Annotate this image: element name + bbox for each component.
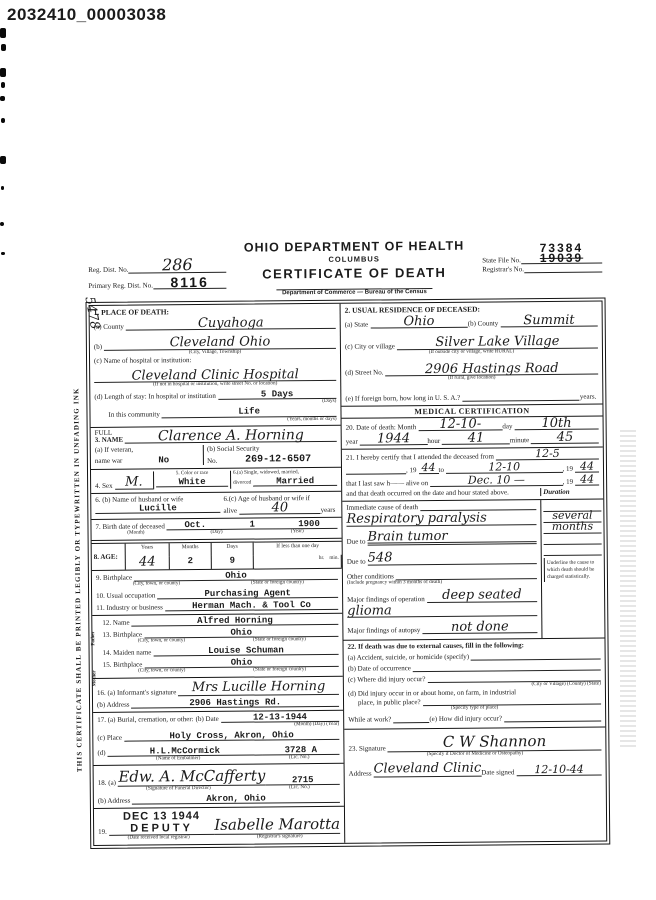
date-of-death-hour-value: 41 [468,431,485,446]
date-of-death-minute-value: 45 [557,430,574,445]
city-value: Cleveland Ohio [170,335,271,351]
external-b-blank [413,663,601,673]
deputy-stamp: DEPUTY [130,822,193,835]
while-at-work-blank [393,715,429,723]
sex-value: M. [125,475,143,490]
date-of-death-month-value: 12-10- [439,416,481,431]
burial-date-label: (b) Date [196,715,221,723]
informant-address-label: (b) Address [97,700,132,708]
section-birthplace-occupation: 9. Birthplace Ohio (City, town, or count… [92,569,342,616]
residence-city-value: Silver Lake Village [435,334,559,350]
funeral-director-license-value: 2715 [292,775,314,785]
other-conditions-sublabel: (Include pregnancy within 3 months of de… [347,579,537,586]
duration-column: several months Underline the cause to wh… [540,500,604,639]
last-seen-year: 44 [580,473,594,486]
duration-blank-line [544,534,602,546]
attended-from-year: 44 [421,461,435,474]
father-name-value: Alfred Horning [197,615,273,626]
mother-birthplace-sub-2: (State or foreign country) [221,667,339,674]
residence-city-label: (c) City or village [345,342,397,350]
reg-dist-value: 286 [162,255,193,274]
funeral-director-signature: Edw. A. McCafferty [118,767,265,786]
burial-place-value: Holy Cross, Akron, Ohio [169,730,293,741]
birth-year-sublabel: (Year) [257,529,338,535]
community-value: Life [238,407,260,417]
embalmer-label: (d) [97,749,107,757]
certify-statement-2: that I last saw h—— alive on [346,479,430,488]
age-months-header: Months [170,543,212,556]
section-registrar: 19. DEC 13 1944 DEPUTY Isabelle Marotta … [94,807,344,845]
duration-value-line-2: months [552,520,593,533]
age-years-value: 44 [139,554,156,569]
mother-birthplace-value: Ohio [231,657,253,667]
ssn-value: 269-12-6507 [245,454,311,466]
section-parents: Father Mother 12. Name Alfred Horning 13… [92,614,343,679]
embalmer-license-value: 3728 A [285,745,317,755]
date-signed-value: 12-10-44 [534,762,584,775]
section-name: FULL 3. NAME Clarence A. Horning (a) If … [91,426,341,470]
hospital-value: Cleveland Clinic Hospital [131,367,298,383]
birth-year-value: 1900 [298,519,320,529]
external-c-blank [427,674,600,684]
parents-side-labels: Father Mother [93,618,102,675]
physician-address-label: Address [349,769,374,777]
department-title: OHIO DEPARTMENT OF HEALTH [226,239,482,255]
industry-value: Herman Mach. & Tool Co [192,600,311,611]
section-residence: 2. USUAL RESIDENCE OF DECEASED: (a) Stat… [341,302,603,407]
marital-value: Married [276,476,314,486]
primary-reg-dist-label: Primary Reg. Dist. No. [88,282,153,291]
reg-dist-label: Reg. Dist. No. [88,265,128,273]
bureau-line: Department of Commerce — Bureau of the C… [276,288,433,296]
age-hr-label: hr. [319,555,324,561]
state-file-struck-value: 19039 [521,253,602,264]
burial-label: 17. (a) Burial, cremation, or other: [97,715,195,724]
section-birth-date: 7. Birth date of deceased Oct. 1 1900 (M… [91,518,341,541]
registrar-no-label: Registrar's No. [482,265,524,273]
section-age: 8. AGE: Years Months Days If less than o… [92,541,342,571]
spouse-age-value: 40 [271,500,288,515]
ssn-no-label: No. [207,457,219,465]
certificate-body: 1. PLACE OF DEATH: (a) County Cuyahoga (… [89,301,608,846]
section-external-causes: 22. If death was due to external causes,… [343,639,605,730]
state-file-label: State File No. [482,256,521,264]
operation-findings-value-1: deep seated [442,588,522,604]
funeral-director-license-sublabel: (Lic. No.) [259,785,340,791]
county-label: (a) County [94,323,126,331]
scan-artifact [0,156,6,164]
underline-cause-note: Underline the cause to which death shoul… [544,558,602,582]
external-e-blank [504,713,601,722]
lit-19-c: , 19 [563,478,576,486]
external-d-label-2: place, in public place? [348,698,423,707]
funeral-director-address-value: Akron, Ohio [206,794,266,805]
residence-state-value: Ohio [403,314,434,329]
birthplace-sublabel-2: (State or foreign country) [217,580,338,587]
due-to-2-value: 548 [368,551,393,566]
color-race-value: White [179,477,206,487]
date-of-death-day-value: 10th [541,415,571,430]
date-of-death-minute-label: minute [510,437,532,445]
informant-address-value: 2906 Hastings Rd. [189,697,281,708]
external-c-label: (c) Where did injury occur? [348,676,428,685]
informant-signature-value: Mrs Lucille Horning [192,679,326,695]
informant-signature-label: 16. (a) Informant's signature [97,688,178,697]
last-seen-value: Dec. 10 — [468,474,525,487]
occupation-value: Purchasing Agent [204,588,291,599]
foreign-born-label: (e) If foreign born, how long in U. S. A… [345,393,462,402]
residence-street-label: (d) Street No. [345,368,385,376]
foreign-born-blank [462,392,580,401]
header-right: State File No. 73384 19039 Registrar's N… [482,238,602,278]
section-certification-statement: 21. I hereby certify that I attended the… [342,448,603,502]
right-column: 2. USUAL RESIDENCE OF DECEASED: (a) Stat… [341,302,607,843]
certificate-header: Reg. Dist. No. 286 Primary Reg. Dist. No… [88,238,602,301]
scan-artifact [1,186,4,190]
immediate-cause-value: Respiratory paralysis [346,511,487,527]
ssn-label: (b) Social Security [207,444,337,453]
scan-id-label: 2032410_00003038 [7,5,166,25]
age-days-value: 9 [230,556,235,566]
spouse-value: Lucille [139,503,177,513]
spouse-age-alive-label: alive [224,507,240,515]
embalmer-name-value: H.L.McCormick [150,746,220,757]
scan-artifact [0,68,6,77]
stay-label: (d) Length of stay: In hospital or insti… [94,392,218,401]
attended-to-value: 12-10 [488,461,520,474]
scan-noise [620,430,636,750]
mother-maiden-label: 14. Maiden name [103,648,154,656]
due-to-1-value: Brain tumor [367,529,447,545]
veteran-label: (a) If veteran, [95,445,203,454]
birth-month-value: Oct. [184,520,206,530]
registrar-signature-sublabel: (Registrar's signature) [219,834,340,841]
other-conditions-blank [396,571,537,580]
scan-artifact [1,44,6,51]
attended-to-year: 44 [580,460,594,473]
while-at-work-label: While at work? [348,715,393,723]
scan-artifact [1,252,5,255]
date-of-death-year-label: year [346,438,360,446]
physician-signature-label: 23. Signature [348,744,387,752]
sex-label: 4. Sex [95,481,115,489]
operation-findings-value-2: glioma [347,603,392,618]
residence-county-value: Summit [523,313,574,328]
scan-artifact [0,28,6,38]
section-sex-color-marital: 4. Sex M. 5. Color or race White 6.(a) S… [91,468,341,494]
age-days-header: Days [212,542,254,555]
external-e-label: (e) How did injury occur? [429,714,504,723]
header-titles: OHIO DEPARTMENT OF HEALTH COLUMBUS CERTI… [226,239,483,300]
attended-from-blank [346,467,406,476]
father-side-label: Father [91,631,96,645]
birth-day-sublabel: (Day) [176,530,257,536]
funeral-director-address-label: (b) Address [98,797,133,805]
birth-day-value: 1 [249,520,254,530]
residence-street-value: 2906 Hastings Road [425,360,559,376]
father-name-label: 12. Name [102,619,131,627]
mother-maiden-value: Louise Schuman [208,645,284,656]
primary-reg-dist-value: 8116 [170,274,209,290]
date-received-sublabel: (Date received local registrar) [98,835,219,842]
scan-artifact [1,118,5,123]
external-b-label: (b) Date of occurrence [348,665,413,674]
burial-date-value: 12-13-1944 [253,712,307,722]
hospital-label: (c) Name of hospital or institution: [94,354,336,364]
external-d-blank [423,697,601,707]
birthplace-sublabel-1: (City, town, or county) [96,581,217,588]
section-burial: 17. (a) Burial, cremation, or other: (b)… [93,711,343,767]
date-of-death-year-value: 1944 [377,431,410,446]
funeral-director-label: 18. (a) [98,779,118,787]
father-birthplace-sub-2: (State or foreign country) [220,637,338,644]
scan-artifact [1,82,5,88]
autopsy-findings-value: not done [451,619,509,635]
certificate-title: CERTIFICATE OF DEATH [226,265,482,282]
physician-address-value: Cleveland Clinic [373,760,481,776]
scan-artifact [0,96,5,101]
father-birthplace-value: Ohio [230,628,252,638]
due-to-1-label: Due to [347,538,368,546]
date-of-death-day-label: day [502,422,514,430]
margin-vertical-note: THIS CERTIFICATE SHALL BE PRINTED LEGIBL… [72,302,88,772]
registrar-line-label: 19. [98,828,109,836]
veteran-label-2: name war [95,457,124,465]
city-label: (b) [94,343,104,351]
external-a-label: (a) Accident, suicide, or homicide (spec… [348,653,472,662]
autopsy-findings-label: Major findings of autopsy [347,627,422,636]
due-to-2-label: Due to [347,557,368,565]
birthplace-value: Ohio [225,570,247,580]
stay-value: 5 Days [261,389,293,399]
veteran-value: No [158,456,169,466]
lit-19-a: , 19 [406,467,419,475]
section-cause-of-death: Immediate cause of death Respiratory par… [342,500,604,641]
certify-statement-3: and that death occurred on the date and … [346,488,540,498]
mother-birthplace-sub-1: (City, town, or county) [103,668,221,675]
industry-label: 11. Industry or business [96,603,165,612]
full-name-value: Clarence A. Horning [158,427,304,444]
occupation-label: 10. Usual occupation [96,591,157,600]
residence-state-label: (a) State [345,321,371,329]
lit-to: to [438,466,446,474]
death-certificate: THIS CERTIFICATE SHALL BE PRINTED LEGIBL… [88,238,607,846]
section-spouse: 6. (b) Name of husband or wife Lucille 6… [91,491,341,520]
duration-blank-line [544,545,602,557]
duration-column-header: Duration [540,488,599,497]
birth-month-sublabel: (Month) [96,530,177,536]
registrar-no-blank [524,272,602,274]
registrar-signature-value: Isabelle Marotta [214,815,340,834]
section-funeral-director: 18. (a) Edw. A. McCafferty 2715 (Signatu… [94,764,344,809]
city-subtitle: COLUMBUS [226,254,482,265]
external-a-blank [471,652,601,661]
external-causes-title: 22. If death was due to external causes,… [348,641,601,651]
county-value: Cuyahoga [198,315,264,331]
age-less-than-day-header: If less than one day [254,542,342,556]
age-label: 8. AGE: [94,553,118,561]
left-column: 1. PLACE OF DEATH: (a) County Cuyahoga (… [90,304,346,845]
attended-from-value: 12-5 [535,447,560,460]
age-months-value: 2 [188,556,193,566]
section-date-of-death: 20. Date of death: Month 12-10- day 10th… [342,416,603,450]
section-informant: 16. (a) Informant's signature Mrs Lucill… [93,676,343,712]
marital-label-2: divorced [233,481,253,487]
lit-19-b: , 19 [562,465,575,473]
spouse-age-suffix: years [321,506,338,514]
burial-place-label: (c) Place [97,733,124,741]
full-name-label: 3. NAME [95,436,123,444]
date-signed-label: Date signed [481,768,516,776]
header-left: Reg. Dist. No. 286 Primary Reg. Dist. No… [88,241,226,295]
age-min-label: min. [329,555,338,561]
date-received-stamp: DEC 13 1944 [123,810,200,823]
community-label: In this community [94,410,161,419]
scan-artifact [0,222,4,226]
section-place-of-death: 1. PLACE OF DEATH: (a) County Cuyahoga (… [90,304,341,428]
foreign-born-suffix: years. [580,392,599,400]
residence-county-label: (b) County [468,320,501,328]
embalmer-license-sublabel: (Lic. No.) [259,755,340,761]
date-of-death-hour-label: hour [427,437,442,445]
father-birthplace-sub-1: (City, town, or county) [102,638,220,645]
physician-signature-value: C W Shannon [443,732,546,751]
section-physician: 23. Signature C W Shannon (Specify if Do… [344,727,605,782]
